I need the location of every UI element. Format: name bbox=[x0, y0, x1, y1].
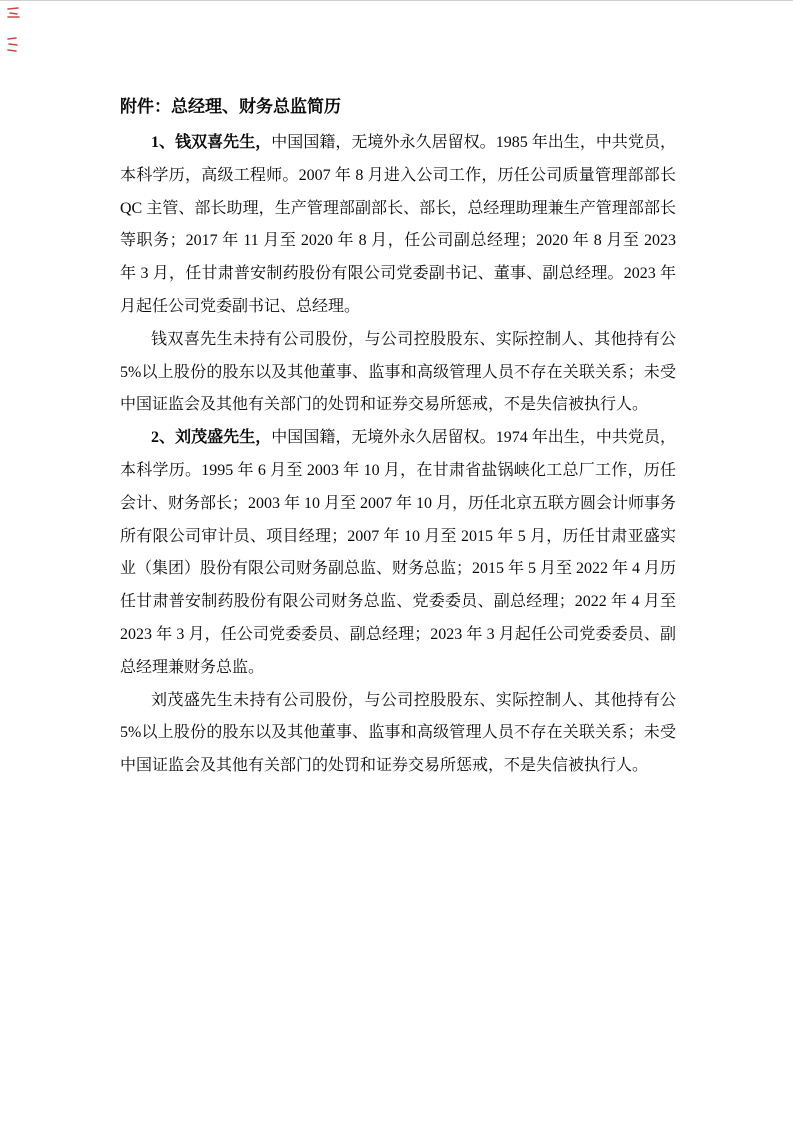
text-line: 总经理兼财务总监。 bbox=[120, 652, 676, 685]
document-title: 附件：总经理、财务总监简历 bbox=[120, 90, 676, 123]
text-line: 会计、财务部长；2003 年 10 月至 2007 年 10 月，历任北京五联方… bbox=[120, 488, 676, 521]
text-line: 任甘肃普安制药股份有限公司财务总监、党委委员、副总经理；2022 年 4 月至 bbox=[120, 586, 676, 619]
document-content: 附件：总经理、财务总监简历 1、钱双喜先生，中国国籍，无境外永久居留权。1985… bbox=[120, 90, 676, 783]
person-name: 1、钱双喜先生， bbox=[151, 134, 271, 151]
text-line: QC 主管、部长助理，生产管理部副部长、部长，总经理助理兼生产管理部部长 bbox=[120, 193, 676, 226]
red-annotation-marks-icon bbox=[5, 5, 23, 61]
text-line: 5%以上股份的股东以及其他董事、监事和高级管理人员不存在关联关系；未受过 bbox=[120, 357, 676, 390]
text-line: 等职务；2017 年 11 月至 2020 年 8 月，任公司副总经理；2020… bbox=[120, 225, 676, 258]
text-line: 钱双喜先生未持有公司股份，与公司控股股东、实际控制人、其他持有公司 bbox=[120, 324, 676, 357]
text-line: 2023 年 3 月，任公司党委委员、副总经理；2023 年 3 月起任公司党委… bbox=[120, 619, 676, 652]
text-line: 业（集团）股份有限公司财务副总监、财务总监；2015 年 5 月至 2022 年… bbox=[120, 553, 676, 586]
text-line: 5%以上股份的股东以及其他董事、监事和高级管理人员不存在关联关系；未受过 bbox=[120, 717, 676, 750]
document-body: 1、钱双喜先生，中国国籍，无境外永久居留权。1985 年出生，中共党员，本科学历… bbox=[120, 127, 676, 783]
text-line: 年 3 月，任甘肃普安制药股份有限公司党委副书记、董事、副总经理。2023 年 … bbox=[120, 258, 676, 291]
text-line: 月起任公司党委副书记、总经理。 bbox=[120, 291, 676, 324]
text-line: 本科学历。1995 年 6 月至 2003 年 10 月，在甘肃省盐锅峡化工总厂… bbox=[120, 455, 676, 488]
text-line: 本科学历，高级工程师。2007 年 8 月进入公司工作，历任公司质量管理部部长 bbox=[120, 160, 676, 193]
text-line: 所有限公司审计员、项目经理；2007 年 10 月至 2015 年 5 月，历任… bbox=[120, 521, 676, 554]
text-line: 刘茂盛先生未持有公司股份，与公司控股股东、实际控制人、其他持有公司 bbox=[120, 685, 676, 718]
text-line: 1、钱双喜先生，中国国籍，无境外永久居留权。1985 年出生，中共党员， bbox=[120, 127, 676, 160]
person-name: 2、刘茂盛先生， bbox=[151, 429, 271, 446]
text-line: 中国证监会及其他有关部门的处罚和证券交易所惩戒，不是失信被执行人。 bbox=[120, 389, 676, 422]
document-page: 附件：总经理、财务总监简历 1、钱双喜先生，中国国籍，无境外永久居留权。1985… bbox=[0, 0, 793, 1122]
text-line: 2、刘茂盛先生，中国国籍，无境外永久居留权。1974 年出生，中共党员， bbox=[120, 422, 676, 455]
text-line: 中国证监会及其他有关部门的处罚和证券交易所惩戒，不是失信被执行人。 bbox=[120, 750, 676, 783]
